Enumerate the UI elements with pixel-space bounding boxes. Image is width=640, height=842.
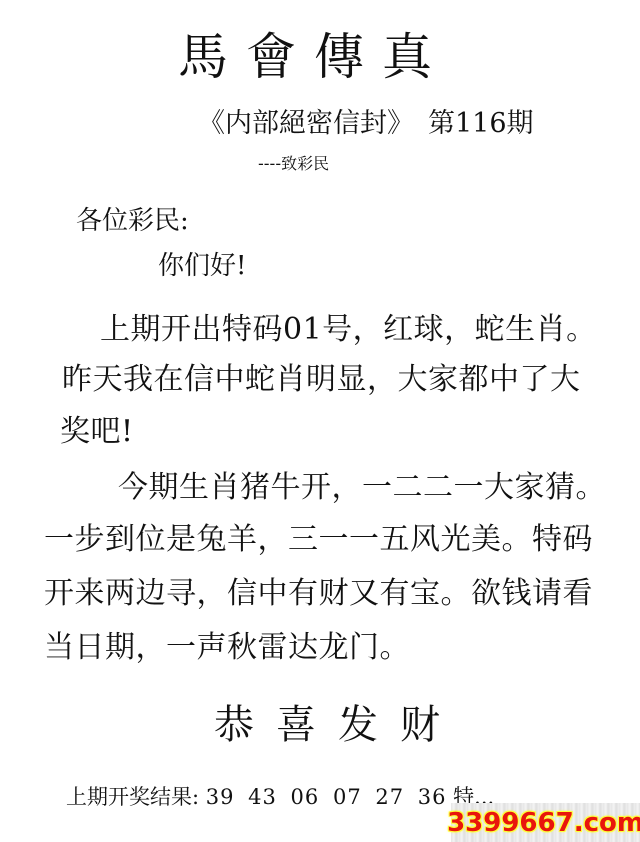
greeting: 你们好! [158,248,246,284]
letter-line: 今期生肖猪牛开，一二二一大家猜。 [118,466,606,510]
subtitle-text: 《内部絕密信封》 [198,108,414,139]
previous-results: 上期开奖结果: 39 43 06 07 27 36 特... [66,782,494,812]
letter-line: 奖吧! [60,410,134,454]
letter-line: 开来两边寻，信中有财又有宝。欲钱请看 [44,572,593,616]
page-title: 馬會傳真 [178,24,468,90]
letter-line: 昨天我在信中蛇肖明显，大家都中了大 [62,358,581,402]
watermark: 3399667.com [451,803,640,842]
salutation: 各位彩民: [76,203,189,239]
watermark-text: 3399667.com [447,808,640,838]
letter-line: 当日期，一声秋雷达龙门。 [44,626,410,670]
letter-line: 上期开出特码01号，红球，蛇生肖。 [100,308,597,352]
results-label: 上期开奖结果: [66,785,199,809]
letter-line: 一步到位是兔羊，三一一五风光美。特码 [44,518,593,562]
dedication: ----致彩民 [258,152,329,176]
issue-number: 第116期 [428,108,534,139]
subtitle: 《内部絕密信封》第116期 [198,104,534,144]
closing-blessing: 恭喜发财 [214,697,462,753]
results-numbers: 39 43 06 07 27 36 [206,785,447,809]
